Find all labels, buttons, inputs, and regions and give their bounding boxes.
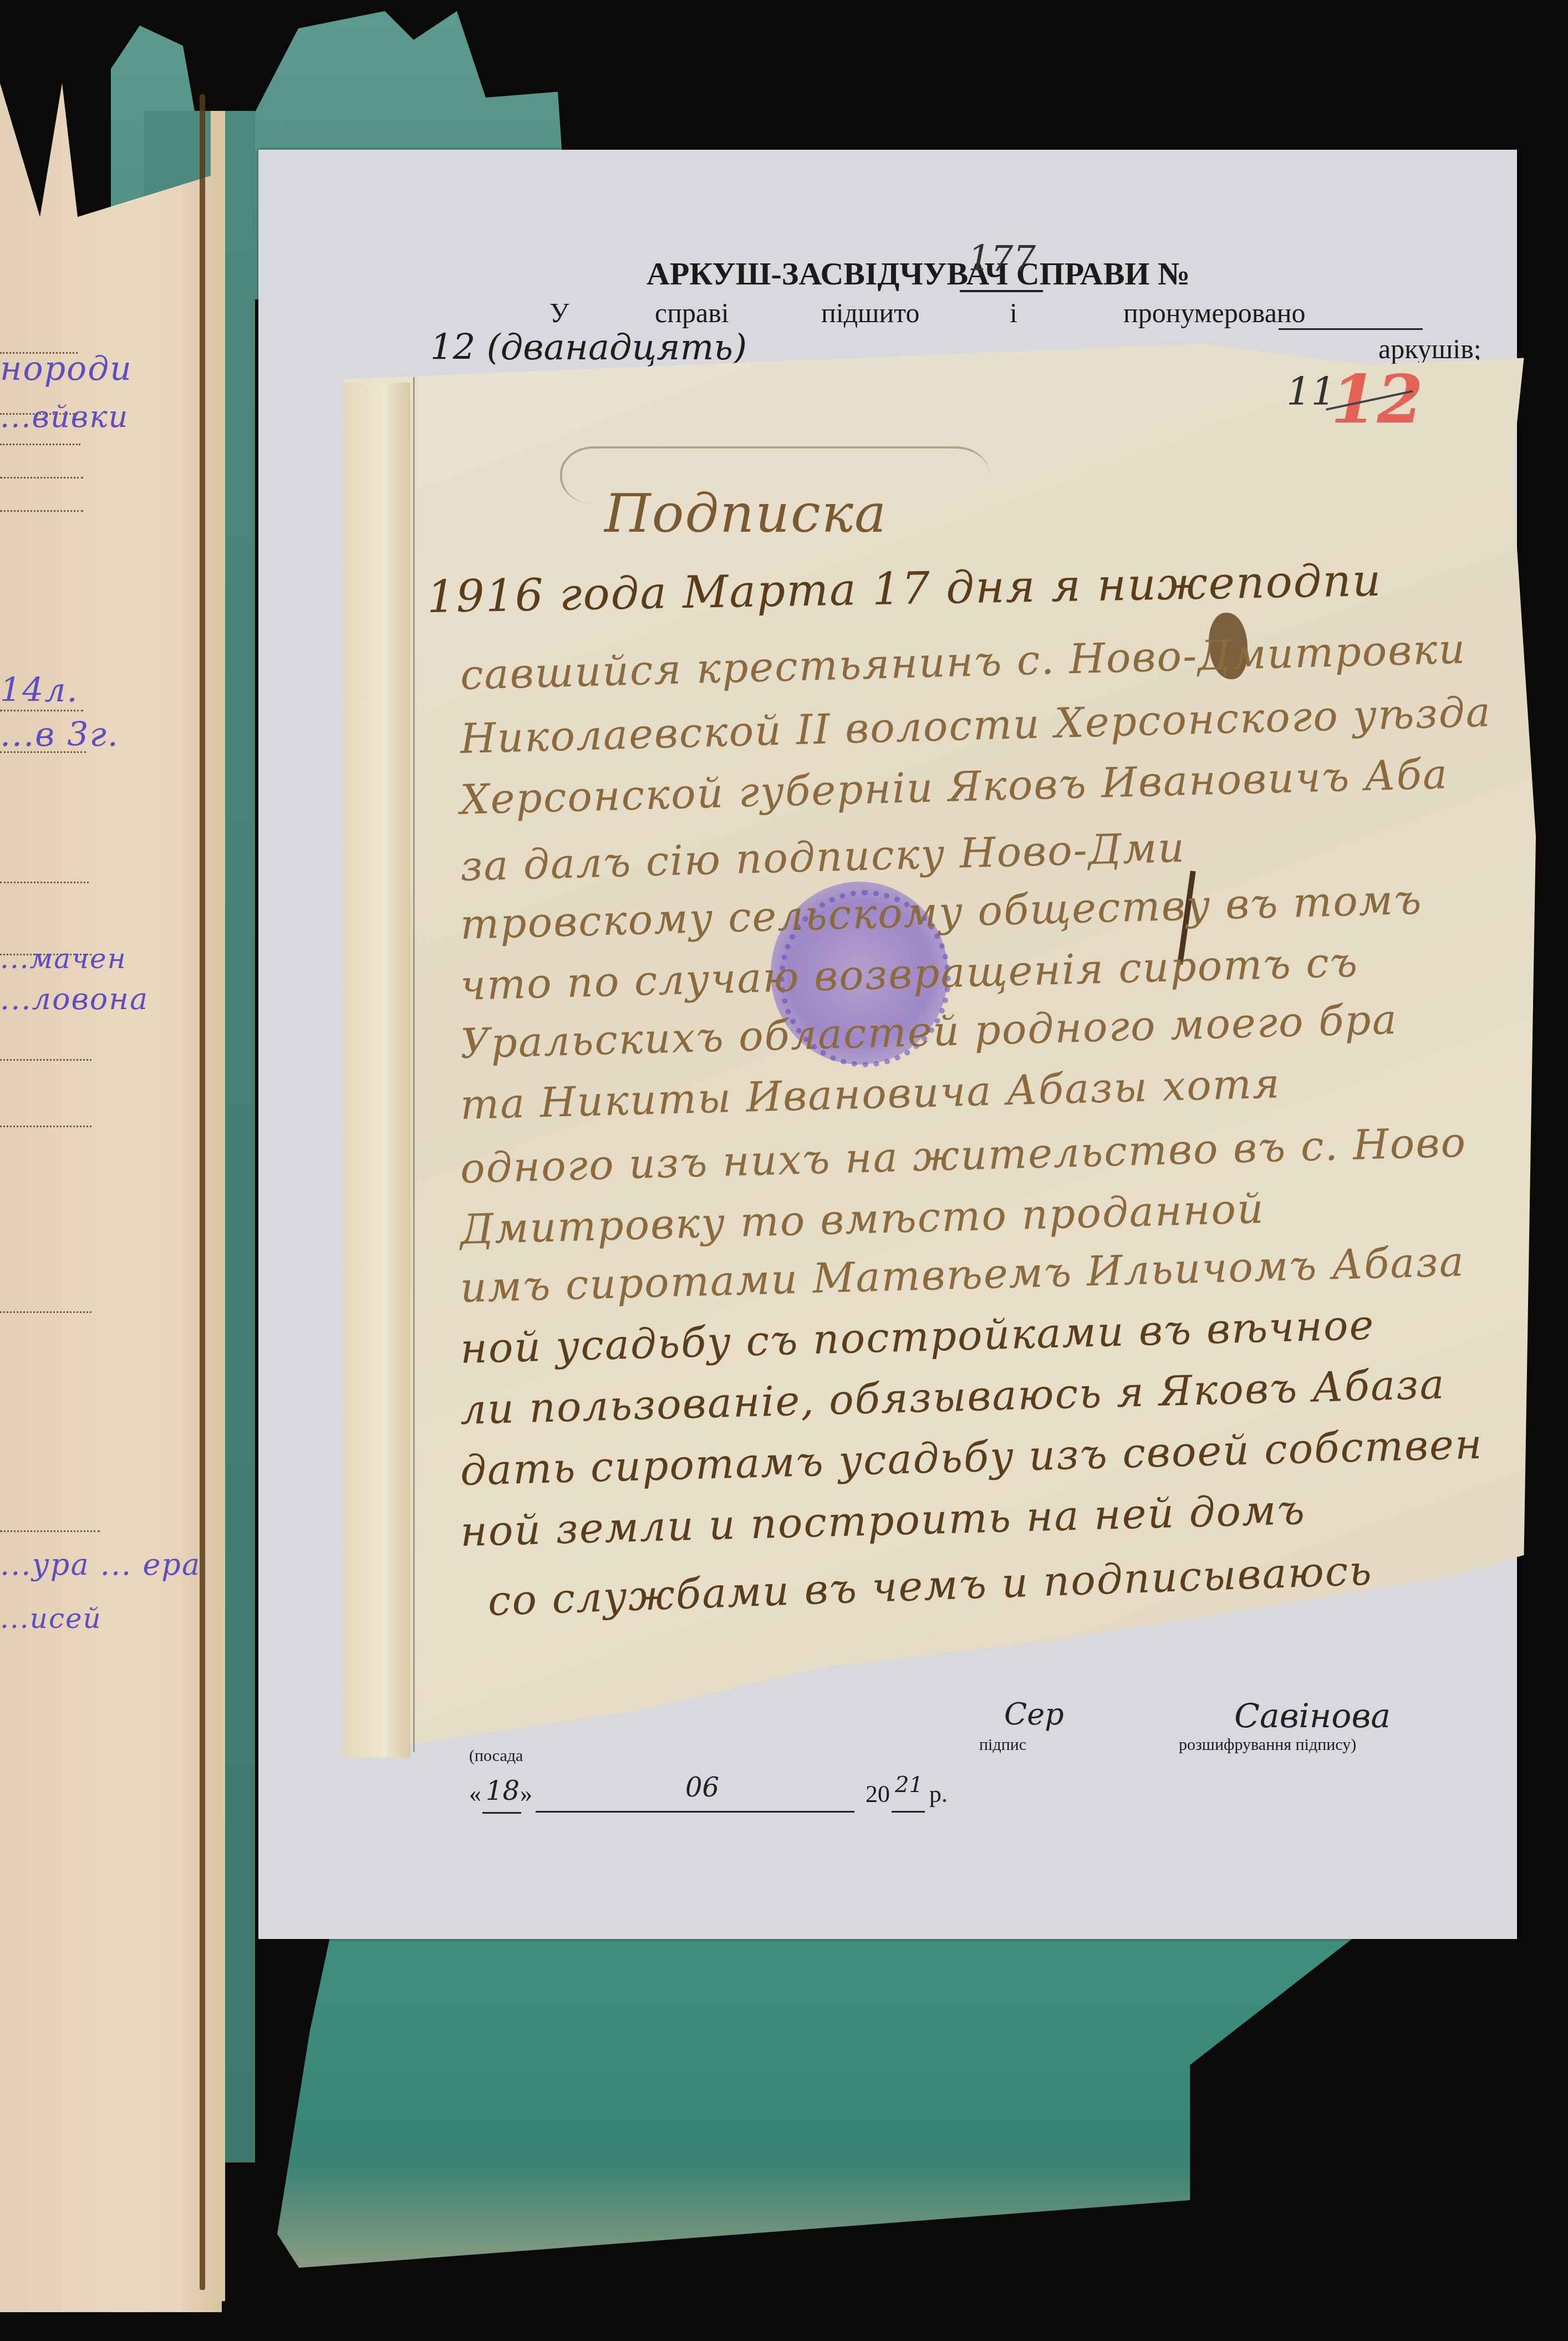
note-fold-line bbox=[413, 377, 415, 1752]
left-handwriting: ...ура ... ера bbox=[0, 1547, 201, 1582]
signature-label: підпис bbox=[979, 1736, 1026, 1754]
left-handwriting: ...ловона bbox=[0, 981, 149, 1016]
left-handwriting: нороди bbox=[0, 349, 133, 388]
note-fold-strip bbox=[344, 383, 410, 1758]
sewn-word: справі bbox=[655, 297, 729, 329]
date-year-suffix: 21 bbox=[895, 1772, 923, 1798]
date-month: 06 bbox=[685, 1772, 719, 1803]
left-handwriting: ...вйвки bbox=[0, 399, 129, 434]
case-number: 177 bbox=[968, 238, 1036, 279]
sewn-word: пронумеровано bbox=[1123, 297, 1306, 329]
dotted-line bbox=[0, 477, 83, 479]
date-year-prefix: 20 bbox=[866, 1780, 890, 1808]
left-handwriting: ...в 3г. bbox=[0, 715, 119, 754]
cert-title: АРКУШ-ЗАСВІДЧУВАЧ СПРАВИ № bbox=[646, 255, 1190, 292]
date-close-quote: » bbox=[520, 1780, 532, 1808]
sewn-word: підшито bbox=[821, 297, 920, 329]
dotted-line bbox=[0, 510, 83, 512]
left-handwriting: 14л. bbox=[0, 671, 79, 710]
note-title: Подписка bbox=[604, 482, 887, 544]
date-open-quote: « bbox=[469, 1780, 481, 1808]
dotted-line bbox=[0, 1059, 91, 1061]
left-page-edge bbox=[211, 111, 225, 2301]
left-handwriting: ...мачен bbox=[0, 943, 127, 975]
left-archival-page: нороди ...вйвки 14л. ...в 3г. ...мачен .… bbox=[0, 83, 222, 2312]
month-underline bbox=[536, 1811, 854, 1813]
dotted-line bbox=[0, 882, 89, 883]
sewn-word: У bbox=[549, 297, 569, 329]
dotted-line bbox=[0, 1311, 91, 1313]
sewn-blank-line bbox=[1279, 328, 1423, 330]
dotted-line bbox=[0, 1530, 100, 1532]
dotted-line bbox=[0, 710, 83, 711]
name-handwritten: Савінова bbox=[1234, 1697, 1391, 1736]
case-number-underline bbox=[960, 290, 1043, 292]
left-page-spine-stain bbox=[200, 94, 205, 2290]
sewn-word: і bbox=[1010, 297, 1017, 329]
position-label: (посада bbox=[469, 1747, 523, 1765]
folder-cover-bottom-fragment bbox=[277, 1930, 1364, 2268]
date-suffix: р. bbox=[929, 1780, 948, 1808]
sheet-count-handwritten: 12 (дванадцять) bbox=[430, 327, 747, 368]
left-handwriting: ...исей bbox=[0, 1602, 102, 1635]
day-underline bbox=[482, 1812, 521, 1814]
signature-decode-label: розшифрування підпису) bbox=[1179, 1736, 1356, 1754]
dotted-line bbox=[0, 444, 80, 445]
signature-handwritten: Сер bbox=[1004, 1697, 1064, 1732]
year-underline bbox=[892, 1811, 925, 1813]
date-day: 18 bbox=[486, 1775, 520, 1806]
dotted-line bbox=[0, 1126, 91, 1127]
